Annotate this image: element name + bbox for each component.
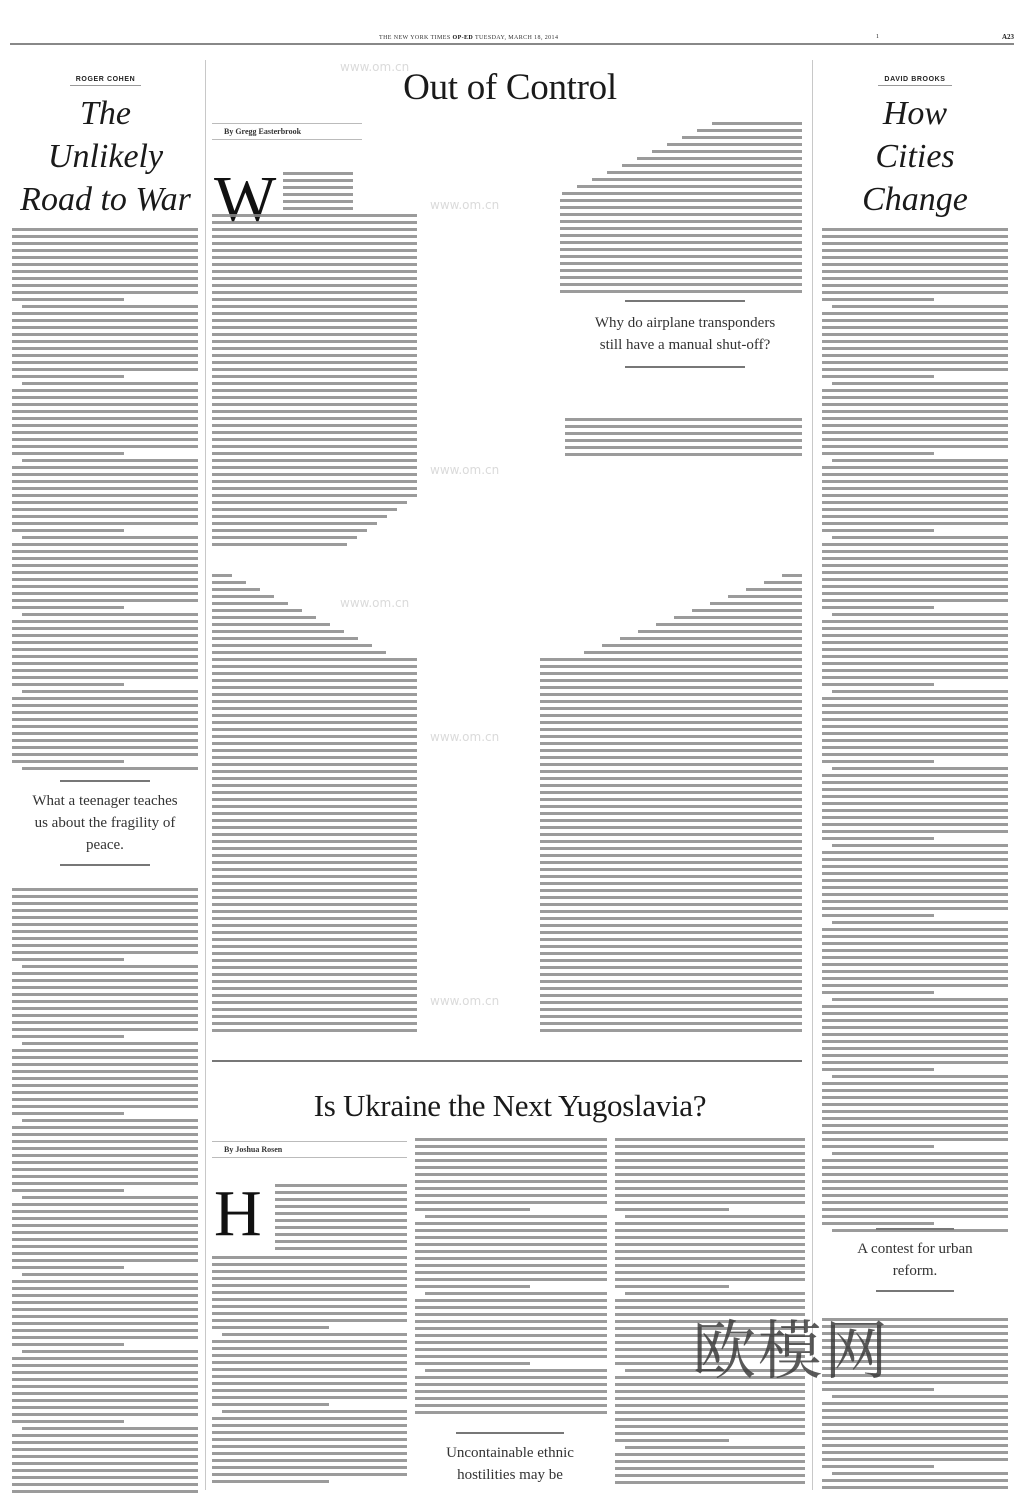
text-line	[560, 199, 802, 202]
watermark-small: www.om.cn	[430, 463, 499, 477]
text-line	[540, 672, 802, 675]
text-line	[212, 714, 417, 717]
text-line	[212, 945, 417, 948]
text-line	[12, 564, 198, 567]
text-line	[212, 763, 417, 766]
text-line	[822, 1040, 1008, 1043]
text-line	[822, 872, 1008, 875]
text-line	[275, 1191, 407, 1194]
text-line	[212, 424, 417, 427]
text-line	[832, 1472, 1008, 1475]
pullquote-rule	[876, 1228, 954, 1230]
text-line	[275, 1219, 407, 1222]
text-line	[212, 728, 417, 731]
left-column-header: ROGER COHEN The Unlikely Road to War	[8, 68, 203, 221]
text-line	[822, 725, 1008, 728]
text-line	[822, 1451, 1008, 1454]
text-line	[12, 1231, 198, 1234]
text-line	[12, 958, 124, 961]
text-line	[822, 1486, 1008, 1489]
text-line	[562, 192, 802, 195]
text-line	[212, 340, 417, 343]
right-pullquote: A contest for urban reform.	[850, 1228, 980, 1292]
title-line: Change	[815, 178, 1015, 221]
masthead-info: THE NEW YORK TIMES OP-ED TUESDAY, MARCH …	[375, 35, 562, 41]
text-line	[12, 895, 198, 898]
text-line	[415, 1159, 607, 1162]
text-line	[832, 613, 1008, 616]
text-line	[822, 1047, 1008, 1050]
text-line	[615, 1264, 805, 1267]
text-line	[615, 1397, 805, 1400]
text-line	[12, 972, 198, 975]
text-line	[212, 686, 417, 689]
text-line	[212, 861, 417, 864]
main-article-body	[283, 172, 353, 214]
text-line	[212, 1459, 407, 1462]
text-line	[822, 886, 1008, 889]
text-line	[746, 588, 802, 591]
pullquote-rule	[60, 864, 150, 866]
column-title: The Unlikely Road to War	[8, 92, 203, 221]
text-line	[212, 1305, 407, 1308]
text-line	[12, 1357, 198, 1360]
text-line	[12, 1266, 124, 1269]
text-line	[212, 931, 417, 934]
text-line	[822, 529, 934, 532]
text-line	[615, 1243, 805, 1246]
text-line	[822, 396, 1008, 399]
text-line	[212, 1326, 329, 1329]
text-line	[415, 1180, 607, 1183]
text-line	[12, 571, 198, 574]
text-line	[212, 1298, 407, 1301]
second-pullquote: Uncontainable ethnic hostilities may be	[420, 1432, 600, 1493]
text-line	[822, 676, 1008, 679]
text-line	[560, 241, 802, 244]
text-line	[540, 1008, 802, 1011]
text-line	[652, 150, 802, 153]
text-line	[212, 595, 274, 598]
text-line	[540, 931, 802, 934]
text-line	[822, 298, 934, 301]
text-line	[540, 854, 802, 857]
text-line	[12, 1077, 198, 1080]
text-line	[12, 522, 198, 525]
text-line	[822, 942, 1008, 945]
text-line	[212, 644, 372, 647]
text-line	[12, 1392, 198, 1395]
text-line	[615, 1159, 805, 1162]
text-line	[560, 227, 802, 230]
text-line	[12, 438, 198, 441]
text-line	[822, 809, 1008, 812]
text-line	[540, 1001, 802, 1004]
text-line	[822, 270, 1008, 273]
main-article-body	[212, 574, 417, 1036]
text-line	[615, 1257, 805, 1260]
text-line	[212, 1389, 407, 1392]
text-line	[212, 312, 417, 315]
text-line	[615, 1222, 805, 1225]
text-line	[12, 599, 198, 602]
text-line	[822, 620, 1008, 623]
text-line	[822, 410, 1008, 413]
text-line	[615, 1187, 805, 1190]
text-line	[822, 585, 1008, 588]
text-line	[12, 263, 198, 266]
text-line	[212, 333, 417, 336]
text-line	[12, 739, 198, 742]
text-line	[540, 826, 802, 829]
text-line	[12, 662, 198, 665]
text-line	[615, 1467, 805, 1470]
text-line	[822, 256, 1008, 259]
text-line	[212, 1291, 407, 1294]
text-line	[283, 200, 353, 203]
text-line	[12, 902, 198, 905]
text-line	[212, 623, 330, 626]
text-line	[822, 1033, 1008, 1036]
text-line	[212, 896, 417, 899]
text-line	[12, 347, 198, 350]
text-line	[822, 284, 1008, 287]
text-line	[615, 1439, 729, 1442]
text-line	[212, 473, 417, 476]
text-line	[212, 515, 387, 518]
pullquote-rule	[60, 780, 150, 782]
text-line	[212, 924, 417, 927]
text-line	[275, 1240, 407, 1243]
text-line	[822, 557, 1008, 560]
text-line	[212, 938, 417, 941]
text-line	[822, 228, 1008, 231]
section-divider	[212, 1060, 802, 1062]
text-line	[540, 938, 802, 941]
text-line	[12, 578, 198, 581]
text-line	[12, 270, 198, 273]
text-line	[415, 1397, 607, 1400]
text-line	[540, 763, 802, 766]
text-line	[822, 445, 1008, 448]
text-line	[22, 382, 198, 385]
text-line	[822, 1430, 1008, 1433]
text-line	[12, 1476, 198, 1479]
text-line	[656, 623, 802, 626]
text-line	[12, 1147, 198, 1150]
text-line	[615, 1453, 805, 1456]
text-line	[22, 767, 198, 770]
text-line	[12, 1133, 198, 1136]
text-line	[12, 249, 198, 252]
text-line	[12, 746, 198, 749]
text-line	[12, 1063, 198, 1066]
text-line	[540, 966, 802, 969]
text-line	[12, 1455, 198, 1458]
text-line	[822, 333, 1008, 336]
text-line	[212, 735, 417, 738]
text-line	[822, 543, 1008, 546]
text-line	[12, 410, 198, 413]
text-line	[12, 1000, 198, 1003]
text-line	[822, 389, 1008, 392]
text-line	[212, 658, 417, 661]
text-line	[12, 1301, 198, 1304]
text-line	[12, 725, 198, 728]
text-line	[415, 1341, 607, 1344]
text-line	[822, 1110, 1008, 1113]
text-line	[12, 228, 198, 231]
text-line	[212, 840, 417, 843]
text-line	[822, 711, 1008, 714]
text-line	[415, 1306, 607, 1309]
watermark-small: www.om.cn	[430, 198, 499, 212]
text-line	[822, 417, 1008, 420]
text-line	[212, 1256, 407, 1259]
text-line	[12, 515, 198, 518]
left-column-body	[12, 228, 198, 774]
text-line	[415, 1278, 607, 1281]
text-line	[822, 718, 1008, 721]
text-line	[832, 382, 1008, 385]
text-line	[415, 1348, 607, 1351]
text-line	[822, 501, 1008, 504]
text-line	[12, 1007, 198, 1010]
text-line	[212, 749, 417, 752]
text-line	[12, 277, 198, 280]
text-line	[822, 1124, 1008, 1127]
text-line	[782, 574, 802, 577]
column-rule	[812, 60, 813, 1490]
text-line	[212, 375, 417, 378]
text-line	[212, 354, 417, 357]
text-line	[212, 1022, 417, 1025]
second-article-body	[275, 1184, 407, 1254]
text-line	[212, 1001, 417, 1004]
text-line	[822, 1215, 1008, 1218]
text-line	[615, 1201, 805, 1204]
text-line	[822, 802, 1008, 805]
text-line	[560, 206, 802, 209]
text-line	[212, 1015, 417, 1018]
text-line	[212, 1029, 417, 1032]
text-line	[212, 1445, 407, 1448]
text-line	[12, 1434, 198, 1437]
text-line	[212, 994, 417, 997]
text-line	[212, 368, 417, 371]
text-line	[212, 882, 417, 885]
second-dropcap: H	[214, 1184, 262, 1244]
text-line	[615, 1278, 805, 1281]
text-line	[682, 136, 802, 139]
text-line	[12, 1014, 198, 1017]
columnist-name: DAVID BROOKS	[878, 76, 951, 86]
text-line	[822, 893, 1008, 896]
text-line	[822, 1089, 1008, 1092]
pullquote-rule	[876, 1290, 954, 1292]
main-article-body	[560, 122, 802, 297]
text-line	[415, 1208, 530, 1211]
text-line	[615, 1271, 805, 1274]
text-line	[615, 1460, 805, 1463]
text-line	[615, 1425, 805, 1428]
text-line	[12, 1287, 198, 1290]
text-line	[22, 1427, 198, 1430]
text-line	[415, 1313, 607, 1316]
text-line	[540, 721, 802, 724]
text-line	[212, 826, 417, 829]
text-line	[212, 952, 417, 955]
text-line	[822, 634, 1008, 637]
text-line	[822, 291, 1008, 294]
text-line	[212, 1368, 407, 1371]
text-line	[22, 1273, 198, 1276]
text-line	[565, 439, 802, 442]
text-line	[822, 235, 1008, 238]
text-line	[822, 655, 1008, 658]
text-line	[577, 185, 802, 188]
text-line	[822, 900, 1008, 903]
text-line	[637, 157, 802, 160]
text-line	[822, 466, 1008, 469]
text-line	[822, 1166, 1008, 1169]
text-line	[540, 798, 802, 801]
text-line	[822, 704, 1008, 707]
text-line	[540, 700, 802, 703]
text-line	[415, 1257, 607, 1260]
text-line	[12, 1448, 198, 1451]
text-line	[540, 812, 802, 815]
text-line	[12, 1322, 198, 1325]
text-line	[212, 361, 417, 364]
main-pullquote: Why do airplane transponders still have …	[585, 300, 785, 368]
text-line	[822, 914, 934, 917]
text-line	[12, 1343, 124, 1346]
text-line	[212, 1438, 407, 1441]
pullquote-rule	[625, 366, 745, 368]
text-line	[12, 1210, 198, 1213]
text-line	[22, 965, 198, 968]
text-line	[822, 564, 1008, 567]
text-line	[615, 1180, 805, 1183]
text-line	[822, 662, 1008, 665]
text-line	[822, 1159, 1008, 1162]
text-line	[212, 777, 417, 780]
text-line	[12, 1049, 198, 1052]
text-line	[540, 875, 802, 878]
text-line	[415, 1166, 607, 1169]
text-line	[212, 459, 417, 462]
text-line	[212, 798, 417, 801]
text-line	[615, 1236, 805, 1239]
text-line	[22, 1119, 198, 1122]
text-line	[822, 1409, 1008, 1412]
text-line	[12, 627, 198, 630]
text-line	[540, 882, 802, 885]
text-line	[540, 735, 802, 738]
text-line	[212, 319, 417, 322]
text-line	[540, 945, 802, 948]
text-line	[12, 585, 198, 588]
text-line	[712, 122, 802, 125]
text-line	[12, 937, 198, 940]
text-line	[12, 1420, 124, 1423]
text-line	[12, 1336, 198, 1339]
text-line	[212, 508, 397, 511]
text-line	[415, 1390, 607, 1393]
text-line	[822, 739, 1008, 742]
text-line	[415, 1145, 607, 1148]
text-line	[212, 494, 417, 497]
text-line	[540, 1029, 802, 1032]
text-line	[832, 536, 1008, 539]
text-line	[540, 973, 802, 976]
text-line	[12, 1483, 198, 1486]
text-line	[12, 986, 198, 989]
text-line	[560, 262, 802, 265]
text-line	[425, 1215, 607, 1218]
title-line: The	[8, 92, 203, 135]
text-line	[212, 889, 417, 892]
text-line	[822, 1173, 1008, 1176]
text-line	[12, 1182, 198, 1185]
text-line	[212, 466, 417, 469]
text-line	[822, 1437, 1008, 1440]
title-line: Road to War	[8, 178, 203, 221]
text-line	[710, 602, 802, 605]
text-line	[415, 1152, 607, 1155]
text-line	[22, 305, 198, 308]
text-line	[12, 445, 198, 448]
text-line	[560, 220, 802, 223]
text-line	[832, 767, 1008, 770]
text-line	[212, 501, 407, 504]
text-line	[212, 284, 417, 287]
text-line	[212, 1452, 407, 1455]
text-line	[540, 994, 802, 997]
text-line	[822, 606, 934, 609]
text-line	[822, 340, 1008, 343]
text-line	[12, 1021, 198, 1024]
text-line	[212, 1382, 407, 1385]
text-line	[822, 907, 1008, 910]
text-line	[560, 269, 802, 272]
text-line	[822, 242, 1008, 245]
text-line	[212, 1312, 407, 1315]
pullquote-rule	[456, 1432, 564, 1434]
text-line	[12, 641, 198, 644]
text-line	[212, 770, 417, 773]
text-line	[212, 536, 357, 539]
text-line	[12, 480, 198, 483]
text-line	[822, 599, 1008, 602]
text-line	[212, 609, 302, 612]
text-line	[212, 665, 417, 668]
text-line	[615, 1208, 729, 1211]
text-line	[822, 788, 1008, 791]
text-line	[540, 749, 802, 752]
masthead: THE NEW YORK TIMES OP-ED TUESDAY, MARCH …	[10, 30, 1014, 46]
text-line	[12, 298, 124, 301]
text-line	[12, 888, 198, 891]
text-line	[212, 637, 358, 640]
text-line	[540, 959, 802, 962]
text-line	[212, 700, 417, 703]
text-line	[615, 1481, 805, 1484]
text-line	[822, 1082, 1008, 1085]
text-line	[822, 823, 1008, 826]
text-line	[212, 1424, 407, 1427]
